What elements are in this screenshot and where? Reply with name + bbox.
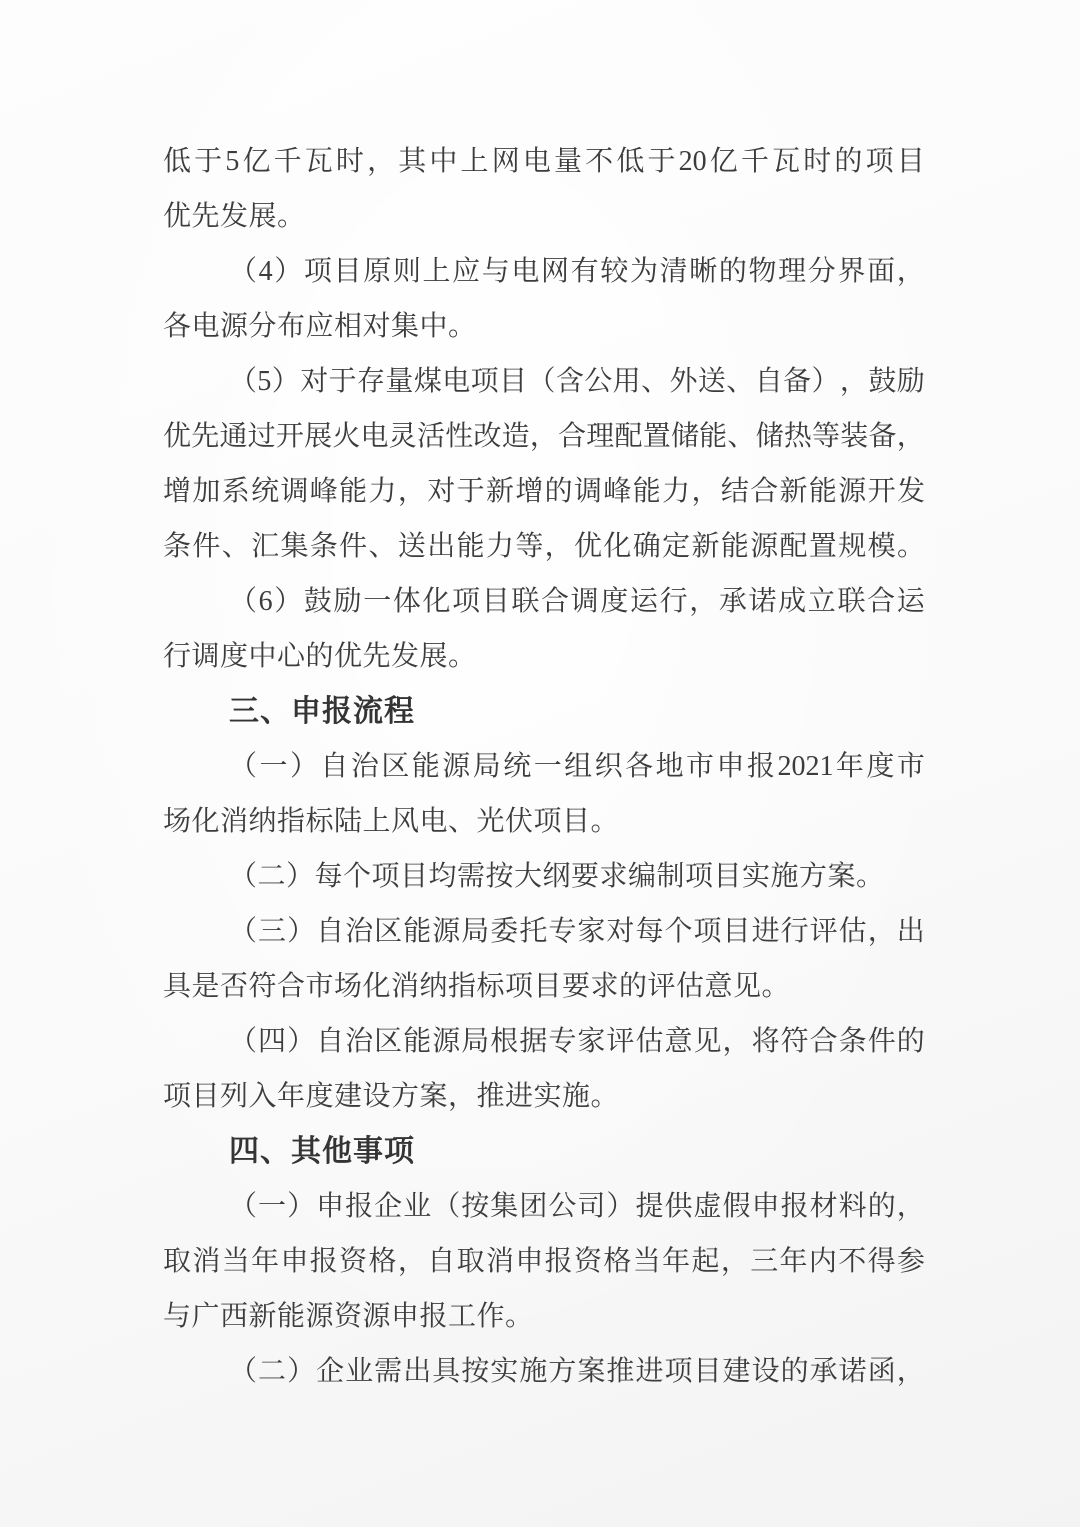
text-line: （三）自治区能源局委托专家对每个项目进行评估，出 [163,904,925,959]
text-line: 各电源分布应相对集中。 [163,299,925,354]
text-line: （5）对于存量煤电项目（含公用、外送、自备），鼓励 [163,354,925,409]
para-3-3: （三）自治区能源局委托专家对每个项目进行评估，出具是否符合市场化消纳指标项目要求… [163,904,925,1014]
text-line: （一）自治区能源局统一组织各地市申报2021年度市 [163,739,925,794]
text-line: 具是否符合市场化消纳指标项目要求的评估意见。 [163,959,925,1014]
para-3-2: （二）每个项目均需按大纲要求编制项目实施方案。 [163,849,925,904]
text-line: 增加系统调峰能力，对于新增的调峰能力，结合新能源开发 [163,464,925,519]
para-3-1: （一）自治区能源局统一组织各地市申报2021年度市场化消纳指标陆上风电、光伏项目… [163,739,925,849]
heading-section-3: 三、申报流程 [163,684,925,739]
para-item-6: （6）鼓励一体化项目联合调度运行，承诺成立联合运行调度中心的优先发展。 [163,574,925,684]
para-3-4: （四）自治区能源局根据专家评估意见，将符合条件的项目列入年度建设方案，推进实施。 [163,1014,925,1124]
text-line: 与广西新能源资源申报工作。 [163,1289,925,1344]
text-line: 取消当年申报资格，自取消申报资格当年起，三年内不得参 [163,1234,925,1289]
para-4-2: （二）企业需出具按实施方案推进项目建设的承诺函， [163,1344,925,1399]
section-heading: 四、其他事项 [163,1124,925,1179]
text-line: （4）项目原则上应与电网有较为清晰的物理分界面， [163,244,925,299]
text-line: （二）每个项目均需按大纲要求编制项目实施方案。 [163,849,925,904]
text-line: （一）申报企业（按集团公司）提供虚假申报材料的， [163,1179,925,1234]
para-item-4: （4）项目原则上应与电网有较为清晰的物理分界面，各电源分布应相对集中。 [163,244,925,354]
heading-section-4: 四、其他事项 [163,1124,925,1179]
text-line: 优先发展。 [163,189,925,244]
para-continued-from-previous-page: 低于5亿千瓦时，其中上网电量不低于20亿千瓦时的项目优先发展。 [163,134,925,244]
text-line: （四）自治区能源局根据专家评估意见，将符合条件的 [163,1014,925,1069]
para-4-1: （一）申报企业（按集团公司）提供虚假申报材料的，取消当年申报资格，自取消申报资格… [163,1179,925,1344]
text-line: 行调度中心的优先发展。 [163,629,925,684]
text-line: （6）鼓励一体化项目联合调度运行，承诺成立联合运 [163,574,925,629]
text-line: （二）企业需出具按实施方案推进项目建设的承诺函， [163,1344,925,1399]
section-heading: 三、申报流程 [163,684,925,739]
text-block: 低于5亿千瓦时，其中上网电量不低于20亿千瓦时的项目优先发展。（4）项目原则上应… [163,134,925,1399]
text-line: 优先通过开展火电灵活性改造，合理配置储能、储热等装备， [163,409,925,464]
text-line: 条件、汇集条件、送出能力等，优化确定新能源配置规模。 [163,519,925,574]
text-line: 项目列入年度建设方案，推进实施。 [163,1069,925,1124]
text-line: 场化消纳指标陆上风电、光伏项目。 [163,794,925,849]
scanned-page: 低于5亿千瓦时，其中上网电量不低于20亿千瓦时的项目优先发展。（4）项目原则上应… [0,0,1080,1527]
text-line: 低于5亿千瓦时，其中上网电量不低于20亿千瓦时的项目 [163,134,925,189]
para-item-5: （5）对于存量煤电项目（含公用、外送、自备），鼓励优先通过开展火电灵活性改造，合… [163,354,925,574]
